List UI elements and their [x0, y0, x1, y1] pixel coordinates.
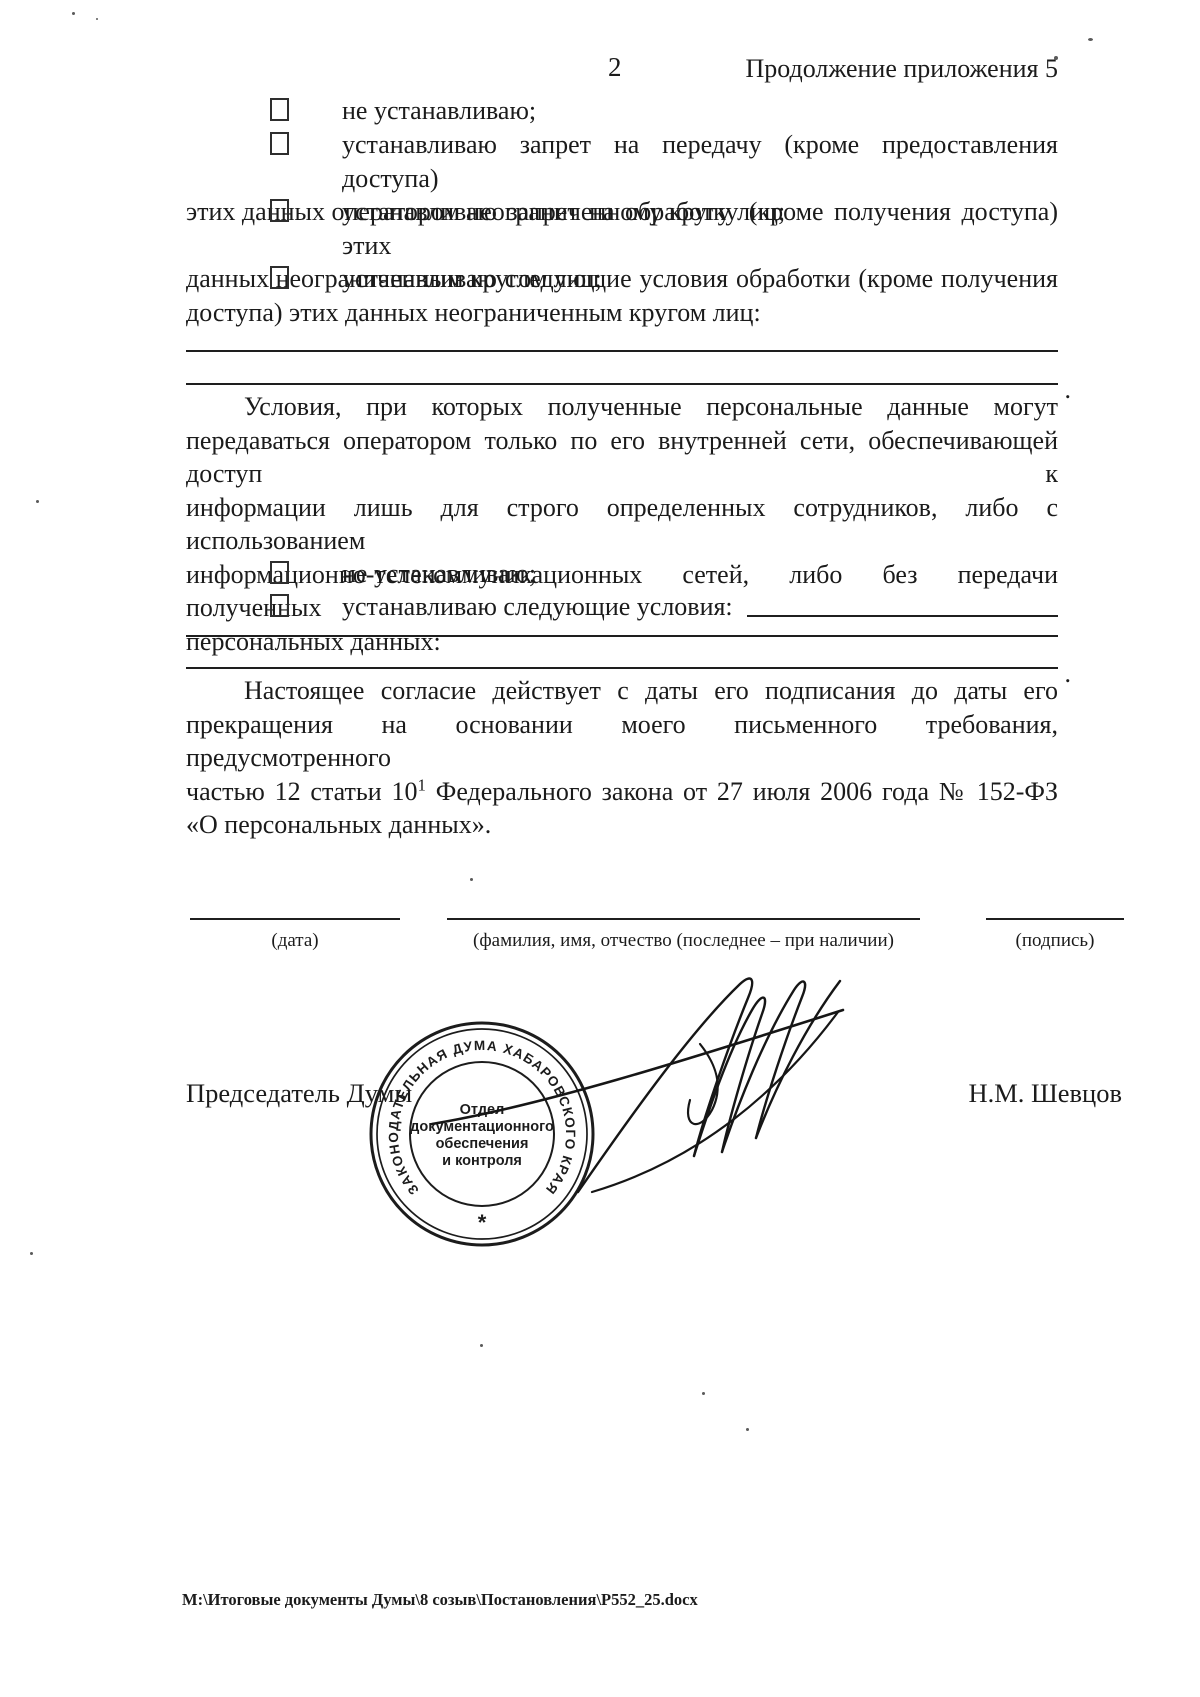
option-label-line1: устанавливаю запрет на обработку (кроме …	[342, 195, 1058, 262]
appendix-continuation-label: Продолжение приложения 5	[745, 54, 1058, 84]
superscript-index: 1	[417, 775, 426, 794]
scan-speck	[1054, 56, 1058, 60]
option-label-line1: устанавливаю следующие условия обработки…	[342, 262, 1058, 296]
scan-speck	[470, 878, 473, 881]
checkbox-icon	[270, 266, 289, 289]
scan-speck	[36, 500, 39, 503]
blank-fill-line: .	[186, 383, 1058, 385]
scanned-document-page: 2 Продолжение приложения 5 не устанавлив…	[0, 0, 1200, 1697]
scan-speck	[96, 18, 98, 20]
sign-label: (подпись)	[970, 930, 1140, 952]
law-article-text: частью 12 статьи 10	[186, 777, 417, 806]
option-processing-conditions: устанавливаю следующие условия обработки…	[186, 262, 1058, 329]
paragraph-line: информации лишь для строго определенных …	[186, 491, 1058, 558]
option-no-conditions: не устанавливаю;	[186, 557, 1058, 591]
option-label-line1: устанавливаю запрет на передачу (кроме п…	[342, 128, 1058, 195]
paragraph-line: Условия, при которых полученные персонал…	[186, 390, 1058, 424]
stamp-center-line4: и контроля	[442, 1153, 522, 1169]
scan-speck	[30, 1252, 33, 1255]
sign-signature-line	[986, 918, 1124, 920]
svg-text:ЗАКОНОДАТЕЛЬНАЯ ДУМА ХАБАРОВСК: ЗАКОНОДАТЕЛЬНАЯ ДУМА ХАБАРОВСКОГО КРАЯ	[386, 1038, 578, 1198]
option-set-conditions: устанавливаю следующие условия:	[186, 590, 1058, 624]
paragraph-line: прекращения на основании моего письменно…	[186, 708, 1058, 775]
option-label: не устанавливаю;	[342, 94, 1058, 128]
page-number: 2	[608, 52, 622, 83]
inline-blank-fill-line	[747, 590, 1058, 617]
line-end-period: .	[1065, 375, 1072, 405]
paragraph-line: Настоящее согласие действует с даты его …	[186, 674, 1058, 708]
checkbox-icon	[270, 132, 289, 155]
stamp-center-line2: документационного	[410, 1119, 554, 1135]
paragraph-line: персональных данных:	[186, 625, 1058, 659]
paragraph-line-with-superscript: частью 12 статьи 101 Федерального закона…	[186, 775, 1058, 809]
official-round-stamp: ЗАКОНОДАТЕЛЬНАЯ ДУМА ХАБАРОВСКОГО КРАЯ О…	[371, 1023, 593, 1245]
blank-fill-line: .	[186, 667, 1058, 669]
checkbox-icon	[270, 199, 289, 222]
fullname-signature-line	[447, 918, 920, 920]
scan-speck	[746, 1428, 749, 1431]
handwritten-signature	[432, 979, 843, 1192]
scan-speck	[480, 1344, 483, 1347]
checkbox-icon	[270, 98, 289, 121]
checkbox-icon	[270, 594, 289, 617]
page-header: 2 Продолжение приложения 5	[186, 52, 1058, 84]
date-signature-line	[190, 918, 400, 920]
blank-fill-line	[186, 350, 1058, 352]
checkbox-icon	[270, 561, 289, 584]
option-label: не устанавливаю;	[342, 557, 1058, 591]
scan-speck	[702, 1392, 705, 1395]
chairman-name: Н.М. Шевцов	[968, 1078, 1122, 1109]
option-label: устанавливаю следующие условия:	[342, 590, 733, 624]
paragraph-line: передаваться оператором только по его вн…	[186, 424, 1058, 491]
chairman-title: Председатель Думы	[186, 1078, 412, 1109]
fullname-label: (фамилия, имя, отчество (последнее – при…	[447, 930, 920, 952]
line-end-period: .	[1065, 659, 1072, 689]
stamp-center-line3: обеспечения	[436, 1136, 529, 1152]
paragraph-line: «О персональных данных».	[186, 808, 1058, 842]
stamp-ring-text: ЗАКОНОДАТЕЛЬНАЯ ДУМА ХАБАРОВСКОГО КРАЯ	[386, 1038, 578, 1198]
footer-file-path: М:\Итоговые документы Думы\8 созыв\Поста…	[182, 1590, 698, 1610]
validity-paragraph: Настоящее согласие действует с даты его …	[186, 674, 1058, 842]
option-no-restriction: не устанавливаю;	[186, 94, 1058, 128]
stamp-bottom-asterisk: *	[478, 1210, 487, 1235]
blank-fill-line	[186, 635, 1058, 637]
law-reference-text: Федерального закона от 27 июля 2006 года…	[426, 777, 1058, 806]
option-label-line2: доступа) этих данных неограниченным круг…	[186, 296, 1058, 330]
scan-speck	[72, 12, 75, 15]
scan-speck	[1088, 38, 1093, 41]
date-label: (дата)	[190, 930, 400, 952]
stamp-center-line1: Отдел	[460, 1102, 505, 1118]
